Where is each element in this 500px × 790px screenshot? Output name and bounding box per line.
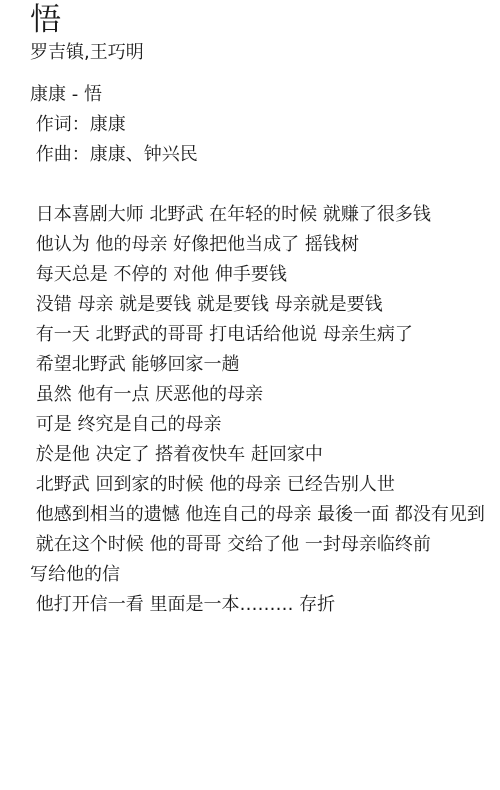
lyric-line: 康康 - 悟	[30, 80, 500, 110]
lyric-line: 可是 终究是自己的母亲	[30, 410, 500, 440]
lyric-line: 於是他 决定了 搭着夜快车 赶回家中	[30, 440, 500, 470]
lyric-line: 他打开信一看 里面是一本……… 存折	[30, 590, 500, 620]
lyric-line: 没错 母亲 就是要钱 就是要钱 母亲就是要钱	[30, 290, 500, 320]
lyric-line: 有一天 北野武的哥哥 打电话给他说 母亲生病了	[30, 320, 500, 350]
lyrics-body: 康康 - 悟 作词：康康 作曲：康康、钟兴民 日本喜剧大师 北野武 在年轻的时候…	[30, 80, 500, 620]
lyric-line: 虽然 他有一点 厌恶他的母亲	[30, 380, 500, 410]
lyric-line: 写给他的信	[30, 560, 500, 590]
lyric-line: 就在这个时候 他的哥哥 交给了他 一封母亲临终前	[30, 530, 500, 560]
artist-name: 罗吉镇,王巧明	[30, 40, 144, 66]
lyric-line: 他认为 他的母亲 好像把他当成了 摇钱树	[30, 230, 500, 260]
lyric-line: 他感到相当的遗憾 他连自己的母亲 最後一面 都没有见到	[30, 500, 500, 530]
lyric-line: 作曲：康康、钟兴民	[30, 140, 500, 170]
lyric-line: 北野武 回到家的时候 他的母亲 已经告别人世	[30, 470, 500, 500]
lyric-line	[30, 170, 500, 200]
lyric-line: 每天总是 不停的 对他 伸手要钱	[30, 260, 500, 290]
song-title: 悟	[30, 0, 61, 40]
lyric-line: 作词：康康	[30, 110, 500, 140]
lyric-line: 希望北野武 能够回家一趟	[30, 350, 500, 380]
lyric-line: 日本喜剧大师 北野武 在年轻的时候 就赚了很多钱	[30, 200, 500, 230]
